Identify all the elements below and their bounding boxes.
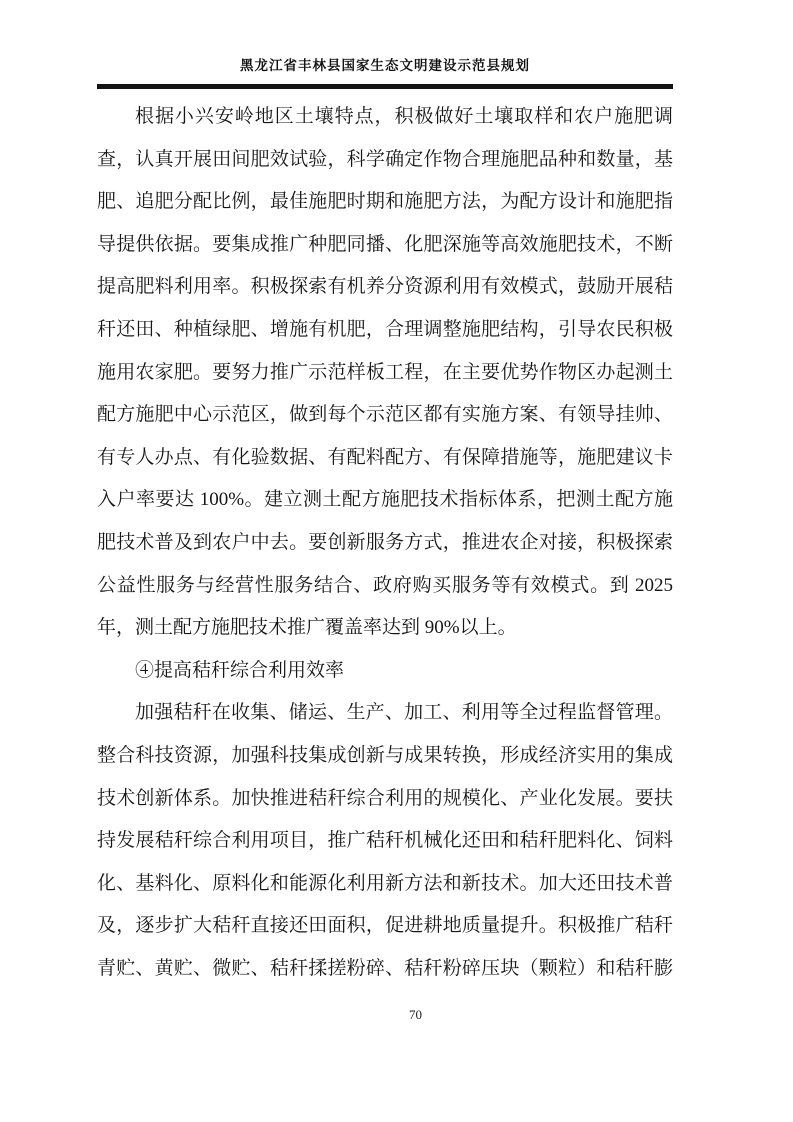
text-line: 有专人办点、有化验数据、有配料配方、有保障措施等，施肥建议卡 — [97, 437, 673, 480]
page-body: 根据小兴安岭地区土壤特点，积极做好土壤取样和农户施肥调查，认真开展田间肥效试验，… — [97, 96, 673, 990]
text-line: 导提供依据。要集成推广种肥同播、化肥深施等高效施肥技术，不断 — [97, 224, 673, 267]
text-line: 秆还田、种植绿肥、增施有机肥，合理调整施肥结构，引导农民积极 — [97, 309, 673, 352]
text-line: 年，测土配方施肥技术推广覆盖率达到 90%以上。 — [97, 607, 673, 650]
text-line: 公益性服务与经营性服务结合、政府购买服务等有效模式。到 2025 — [97, 565, 673, 608]
text-line: 配方施肥中心示范区，做到每个示范区都有实施方案、有领导挂帅、 — [97, 394, 673, 437]
header-rule — [97, 84, 673, 89]
text-line: 肥、追肥分配比例，最佳施肥时期和施肥方法，为配方设计和施肥指 — [97, 181, 673, 224]
text-line: 加强秸秆在收集、储运、生产、加工、利用等全过程监督管理。 — [97, 692, 673, 735]
text-line: 技术创新体系。加快推进秸秆综合利用的规模化、产业化发展。要扶 — [97, 778, 673, 821]
text-line: 持发展秸秆综合利用项目，推广秸秆机械化还田和秸秆肥料化、饲料 — [97, 820, 673, 863]
text-line: 青贮、黄贮、微贮、秸秆揉搓粉碎、秸秆粉碎压块（颗粒）和秸秆膨 — [97, 948, 673, 991]
text-line: 化、基料化、原料化和能源化利用新方法和新技术。加大还田技术普 — [97, 863, 673, 906]
page-number: 70 — [409, 1007, 422, 1022]
text-line: 整合科技资源，加强科技集成创新与成果转换，形成经济实用的集成 — [97, 735, 673, 778]
document-page: 黑龙江省丰林县国家生态文明建设示范县规划 根据小兴安岭地区土壤特点，积极做好土壤… — [0, 0, 793, 1122]
text-line: 肥技术普及到农户中去。要创新服务方式，推进农企对接，积极探索 — [97, 522, 673, 565]
text-line: 及，逐步扩大秸秆直接还田面积，促进耕地质量提升。积极推广秸秆 — [97, 905, 673, 948]
text-line: 提高肥料利用率。积极探索有机养分资源利用有效模式，鼓励开展秸 — [97, 266, 673, 309]
header-title: 黑龙江省丰林县国家生态文明建设示范县规划 — [97, 54, 673, 74]
text-line: 根据小兴安岭地区土壤特点，积极做好土壤取样和农户施肥调 — [97, 96, 673, 139]
text-line: 入户率要达 100%。建立测土配方施肥技术指标体系，把测土配方施 — [97, 479, 673, 522]
text-line: 查，认真开展田间肥效试验，科学确定作物合理施肥品种和数量，基 — [97, 139, 673, 182]
text-line: 施用农家肥。要努力推广示范样板工程，在主要优势作物区办起测土 — [97, 352, 673, 395]
text-line: ④提高秸秆综合利用效率 — [97, 650, 673, 693]
page-footer: 70 — [19, 1007, 793, 1023]
